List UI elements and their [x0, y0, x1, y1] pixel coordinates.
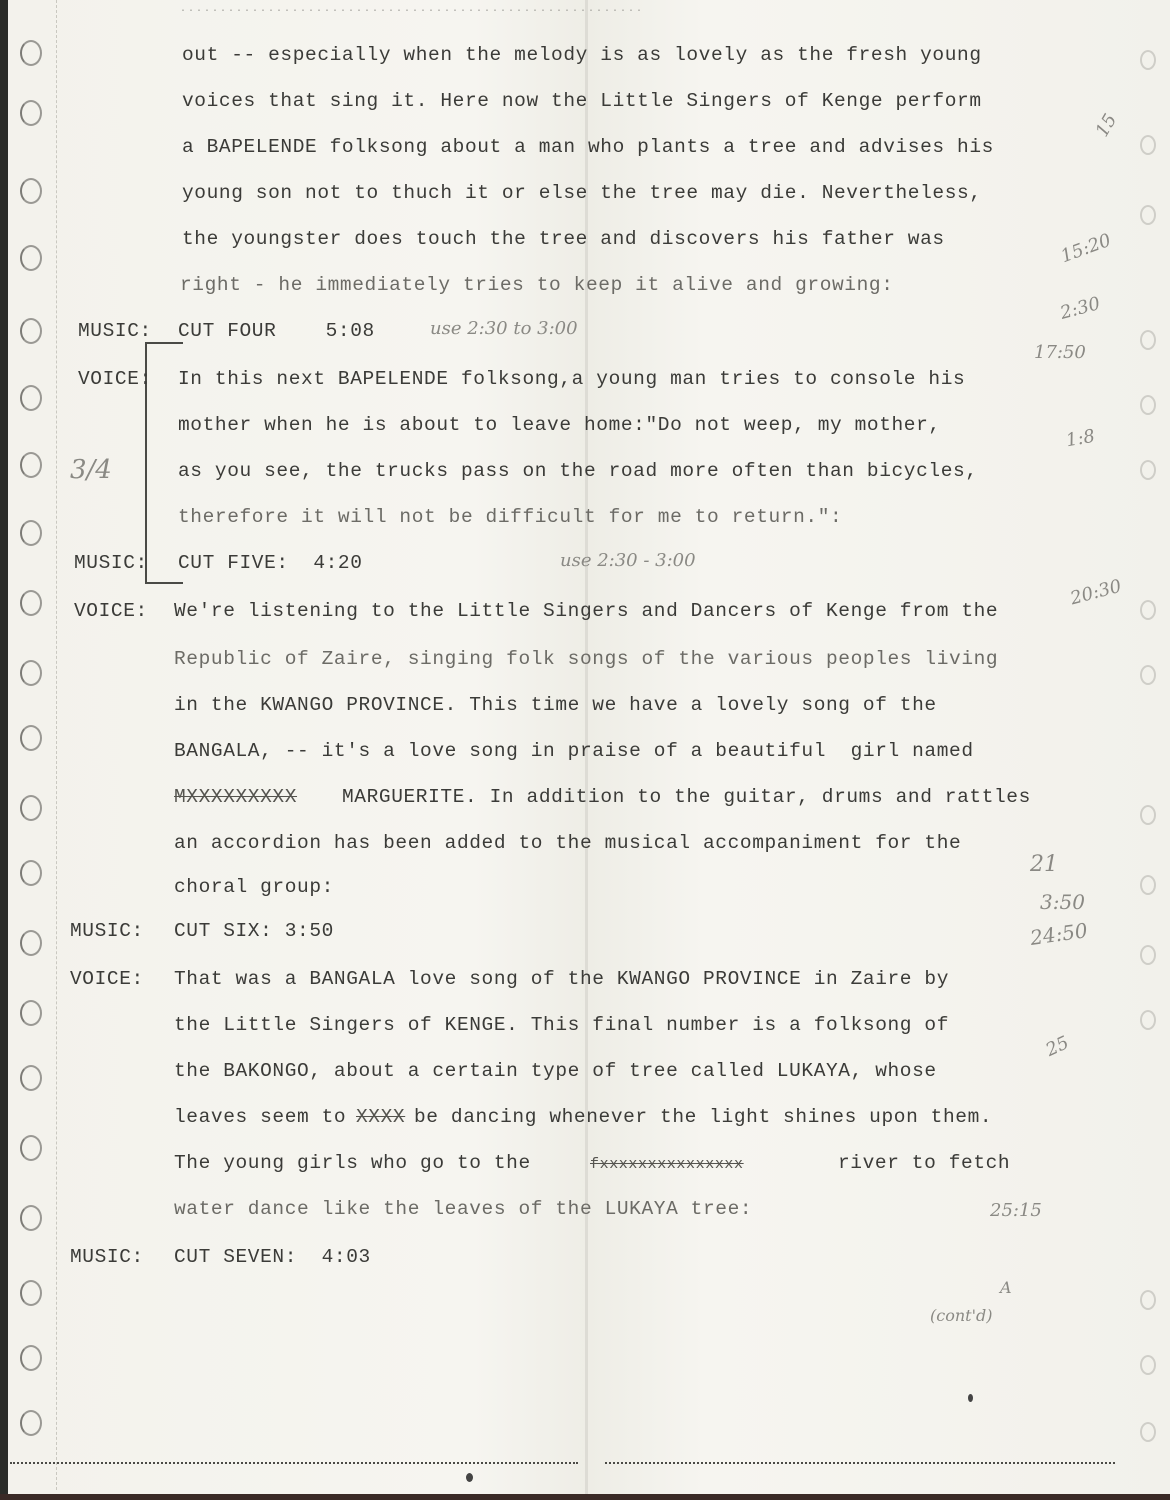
script-line: MARGUERITE. In addition to the guitar, d… — [342, 786, 1031, 808]
script-line: be dancing whenever the light shines upo… — [414, 1106, 992, 1128]
punch-hole-icon — [1140, 1422, 1156, 1442]
music-cue: CUT FOUR 5:08 — [178, 320, 375, 342]
script-line: the youngster does touch the tree and di… — [182, 228, 945, 250]
punch-hole-icon — [20, 520, 42, 546]
scan-edge-left — [0, 0, 8, 1500]
ink-spot — [968, 1394, 973, 1402]
speaker-label-music: MUSIC: — [74, 552, 148, 574]
punch-hole-icon — [1140, 1355, 1156, 1375]
script-line: mother when he is about to leave home:"D… — [178, 414, 941, 436]
punch-hole-icon — [20, 1065, 42, 1091]
speaker-label-voice: VOICE: — [70, 968, 144, 990]
script-line: out -- especially when the melody is as … — [182, 44, 982, 66]
handwritten-note: use 2:30 - 3:00 — [560, 550, 696, 571]
ink-spot — [466, 1473, 473, 1482]
cut-off-top-line: ........................................… — [180, 4, 644, 15]
script-line: therefore it will not be difficult for m… — [178, 506, 842, 528]
punch-hole-icon — [20, 1135, 42, 1161]
punch-hole-icon — [20, 930, 42, 956]
punch-hole-icon — [20, 1000, 42, 1026]
speaker-label-music: MUSIC: — [70, 920, 144, 942]
punch-hole-icon — [1140, 1010, 1156, 1030]
punch-hole-icon — [20, 40, 42, 66]
punch-hole-icon — [20, 245, 42, 271]
handwritten-note: A — [1000, 1278, 1012, 1297]
script-line: in the KWANGO PROVINCE. This time we hav… — [174, 694, 937, 716]
script-line: water dance like the leaves of the LUKAY… — [174, 1198, 752, 1220]
script-line: right - he immediately tries to keep it … — [180, 274, 894, 296]
handwritten-note: (cont'd) — [930, 1306, 992, 1325]
struck-out-text: MXXXXXXXXX — [174, 786, 297, 808]
script-line: BANGALA, -- it's a love song in praise o… — [174, 740, 974, 762]
bottom-rule-right — [605, 1462, 1115, 1464]
script-line: the BAKONGO, about a certain type of tre… — [174, 1060, 937, 1082]
speaker-label-music: MUSIC: — [70, 1246, 144, 1268]
punch-hole-icon — [20, 1280, 42, 1306]
punch-hole-icon — [1140, 460, 1156, 480]
punch-hole-icon — [20, 178, 42, 204]
music-cue: CUT SIX: 3:50 — [174, 920, 334, 942]
script-line: young son not to thuch it or else the tr… — [182, 182, 982, 204]
punch-hole-icon — [1140, 330, 1156, 350]
handwritten-note: use 2:30 to 3:00 — [430, 318, 578, 339]
handwritten-note: 21 — [1030, 852, 1058, 877]
punch-hole-icon — [1140, 805, 1156, 825]
script-line: choral group: — [174, 876, 334, 898]
punch-hole-icon — [20, 795, 42, 821]
speaker-label-voice: VOICE: — [78, 368, 152, 390]
punch-hole-icon — [1140, 600, 1156, 620]
punch-hole-icon — [1140, 875, 1156, 895]
punch-hole-icon — [20, 1410, 42, 1436]
margin-rule — [56, 0, 57, 1490]
punch-hole-icon — [20, 660, 42, 686]
punch-hole-icon — [1140, 1290, 1156, 1310]
handwritten-note: 3:50 — [1040, 890, 1085, 914]
punch-hole-icon — [20, 452, 42, 478]
script-line: Republic of Zaire, singing folk songs of… — [174, 648, 998, 670]
script-line: In this next BAPELENDE folksong,a young … — [178, 368, 965, 390]
script-line: an accordion has been added to the music… — [174, 832, 961, 854]
speaker-label-voice: VOICE: — [74, 600, 148, 622]
speaker-label-music: MUSIC: — [78, 320, 152, 342]
punch-hole-icon — [20, 1345, 42, 1371]
script-line: We're listening to the Little Singers an… — [174, 600, 998, 622]
punch-hole-icon — [1140, 50, 1156, 70]
punch-hole-icon — [1140, 945, 1156, 965]
punch-hole-icon — [20, 100, 42, 126]
music-cue: CUT SEVEN: 4:03 — [174, 1246, 371, 1268]
script-line: as you see, the trucks pass on the road … — [178, 460, 978, 482]
script-line: the Little Singers of KENGE. This final … — [174, 1014, 949, 1036]
script-line: a BAPELENDE folksong about a man who pla… — [182, 136, 994, 158]
punch-hole-icon — [20, 590, 42, 616]
punch-hole-icon — [20, 1205, 42, 1231]
script-line: river to fetch — [838, 1152, 1010, 1174]
punch-hole-icon — [1140, 205, 1156, 225]
script-line: voices that sing it. Here now the Little… — [182, 90, 982, 112]
punch-hole-icon — [20, 725, 42, 751]
scan-edge-bottom — [0, 1494, 1170, 1500]
script-line: leaves seem to — [174, 1106, 346, 1128]
handwritten-note: 17:50 — [1034, 342, 1086, 363]
struck-out-text: fxxxxxxxxxxxxxxx — [590, 1156, 744, 1173]
punch-hole-icon — [1140, 135, 1156, 155]
punch-hole-icon — [1140, 665, 1156, 685]
punch-hole-icon — [20, 318, 42, 344]
handwritten-note: 3/4 — [70, 455, 112, 485]
punch-hole-icon — [20, 860, 42, 886]
script-line: That was a BANGALA love song of the KWAN… — [174, 968, 949, 990]
music-cue: CUT FIVE: 4:20 — [178, 552, 363, 574]
script-line: The young girls who go to the — [174, 1152, 531, 1174]
punch-hole-icon — [20, 385, 42, 411]
bottom-rule-left — [10, 1462, 578, 1464]
punch-hole-icon — [1140, 395, 1156, 415]
struck-out-text: XXXX — [356, 1106, 405, 1128]
handwritten-note: 25:15 — [990, 1200, 1042, 1221]
